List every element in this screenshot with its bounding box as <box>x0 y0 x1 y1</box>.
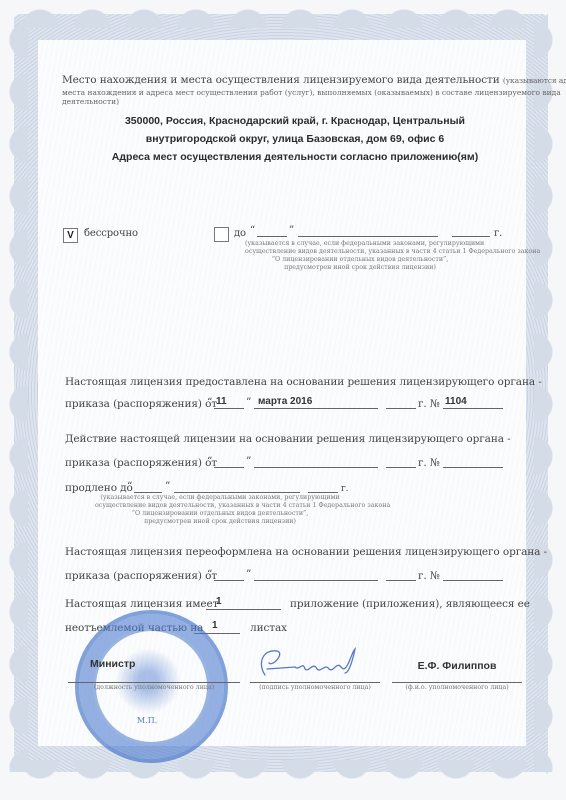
address-line-2: внутригородской округ, улица Базовская, … <box>60 133 530 145</box>
signatory-name: Е.Ф. Филиппов <box>392 660 522 672</box>
extended-month-field[interactable] <box>254 467 378 468</box>
extended-until-month-field[interactable] <box>174 492 300 493</box>
appendix-line-1-suffix: приложение (приложения), являющееся ее <box>290 598 530 610</box>
appendix-line-1-prefix: Настоящая лицензия имеет <box>65 598 218 610</box>
term-note-line: (указывается в случае, если федеральными… <box>245 240 475 248</box>
term-note-line: предусмотрен иной срок действия лицензии… <box>245 264 475 272</box>
extended-note-line: предусмотрен иной срок действия лицензии… <box>95 518 345 526</box>
extended-until-label: продлено до <box>65 482 133 494</box>
extended-until-quote-open: “ <box>127 480 132 492</box>
granted-number-label: г. № <box>418 398 440 410</box>
until-year-suffix: г. <box>494 228 502 239</box>
indefinite-label: бессрочно <box>84 228 138 239</box>
signature-caption: (подпись уполномоченного лица) <box>250 684 380 692</box>
term-note-line: осуществление видов деятельности, указан… <box>245 248 475 256</box>
until-checkbox[interactable] <box>214 227 229 242</box>
term-note-line: “О лицензировании отдельных видов деятел… <box>245 256 475 264</box>
extended-until-day-field[interactable] <box>134 492 162 493</box>
granted-year-field[interactable] <box>386 408 416 409</box>
reissued-number-label: г. № <box>418 570 440 582</box>
reissued-day-field[interactable] <box>214 580 244 581</box>
reissued-line-1: Настоящая лицензия переоформлена на осно… <box>65 546 547 558</box>
handwritten-signature <box>255 645 365 683</box>
license-page: Место нахождения и места осуществления л… <box>0 0 566 800</box>
extended-number-field[interactable] <box>443 467 503 468</box>
sheet-count-value: 1 <box>212 620 218 631</box>
extended-day-field[interactable] <box>214 467 244 468</box>
appendix-line-2-suffix: листах <box>250 622 287 634</box>
position-caption: (должность уполномоченного лица) <box>68 684 240 692</box>
indefinite-checkbox[interactable]: V <box>63 228 78 243</box>
extended-quote-open: “ <box>207 455 212 467</box>
granted-quote-close: ” <box>246 396 251 408</box>
granted-line-1: Настоящая лицензия предоставлена на осно… <box>65 376 542 388</box>
reissued-quote-close: ” <box>246 568 251 580</box>
reissued-quote-open: “ <box>207 568 212 580</box>
check-mark-icon: V <box>67 230 74 241</box>
granted-number-field[interactable] <box>443 408 503 409</box>
position-line <box>68 682 240 683</box>
quote-open: “ <box>250 225 255 236</box>
quote-close: ” <box>289 225 294 236</box>
granted-month-year-value: марта 2016 <box>258 396 312 407</box>
granted-month-field[interactable] <box>254 408 378 409</box>
granted-number-value: 1104 <box>445 396 467 407</box>
reissued-line-2-prefix: приказа (распоряжения) от <box>65 570 217 582</box>
term-note: (указывается в случае, если федеральными… <box>245 240 475 272</box>
appendix-count-field[interactable] <box>206 609 281 610</box>
until-day-field[interactable] <box>257 236 287 237</box>
location-note-2: места нахождения и адреса мест осуществл… <box>62 88 561 98</box>
extended-until-quote-close: ” <box>165 480 170 492</box>
extended-note-line: осуществление видов деятельности, указан… <box>95 502 345 510</box>
address-line-3: Адреса мест осуществления деятельности с… <box>60 151 530 163</box>
reissued-month-field[interactable] <box>254 580 378 581</box>
location-heading-text: Место нахождения и места осуществления л… <box>62 74 500 86</box>
extended-number-label: г. № <box>418 457 440 469</box>
granted-line-2-prefix: приказа (распоряжения) от <box>65 398 217 410</box>
extended-line-2-prefix: приказа (распоряжения) от <box>65 457 217 469</box>
extended-quote-close: ” <box>246 455 251 467</box>
until-year-field[interactable] <box>452 236 490 237</box>
granted-day-field[interactable] <box>214 408 244 409</box>
location-heading: Место нахождения и места осуществления л… <box>62 74 566 86</box>
extended-line-1: Действие настоящей лицензии на основании… <box>65 433 511 445</box>
extended-until-year-field[interactable] <box>308 492 338 493</box>
extended-note: (указывается в случае, если федеральными… <box>95 494 345 526</box>
appendix-count-value: 1 <box>216 596 222 607</box>
until-month-field[interactable] <box>298 236 438 237</box>
location-note-1: (указываются адрес <box>503 76 566 85</box>
name-caption: (ф.и.о. уполномоченного лица) <box>392 684 522 692</box>
signature-line <box>250 682 380 683</box>
reissued-number-field[interactable] <box>443 580 503 581</box>
extended-until-year-suffix: г. <box>341 484 348 494</box>
signatory-position: Министр <box>90 658 135 670</box>
stamp-mark: М.П. <box>137 716 157 725</box>
extended-note-line: (указывается в случае, если федеральными… <box>95 494 345 502</box>
address-line-1: 350000, Россия, Краснодарский край, г. К… <box>60 115 530 127</box>
reissued-year-field[interactable] <box>386 580 416 581</box>
location-note-3: деятельности) <box>62 97 119 107</box>
until-label: до <box>234 228 246 239</box>
extended-note-line: “О лицензировании отдельных видов деятел… <box>95 510 345 518</box>
granted-quote-open: “ <box>207 396 212 408</box>
extended-year-field[interactable] <box>386 467 416 468</box>
name-line <box>392 682 522 683</box>
granted-day-value: 11 <box>216 396 227 407</box>
